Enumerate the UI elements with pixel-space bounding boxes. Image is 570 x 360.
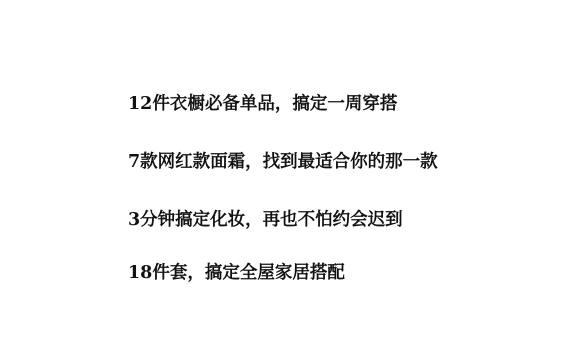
headline-face-cream: 7款网红款面霜，找到最适合你的那一款 bbox=[128, 151, 438, 173]
headline-makeup: 3分钟搞定化妆，再也不怕约会迟到 bbox=[128, 209, 403, 231]
headline-wardrobe: 12件衣橱必备单品，搞定一周穿搭 bbox=[128, 93, 397, 115]
text-list-canvas: 12件衣橱必备单品，搞定一周穿搭 7款网红款面霜，找到最适合你的那一款 3分钟搞… bbox=[0, 0, 570, 360]
headline-home-decor: 18件套，搞定全屋家居搭配 bbox=[128, 262, 345, 284]
